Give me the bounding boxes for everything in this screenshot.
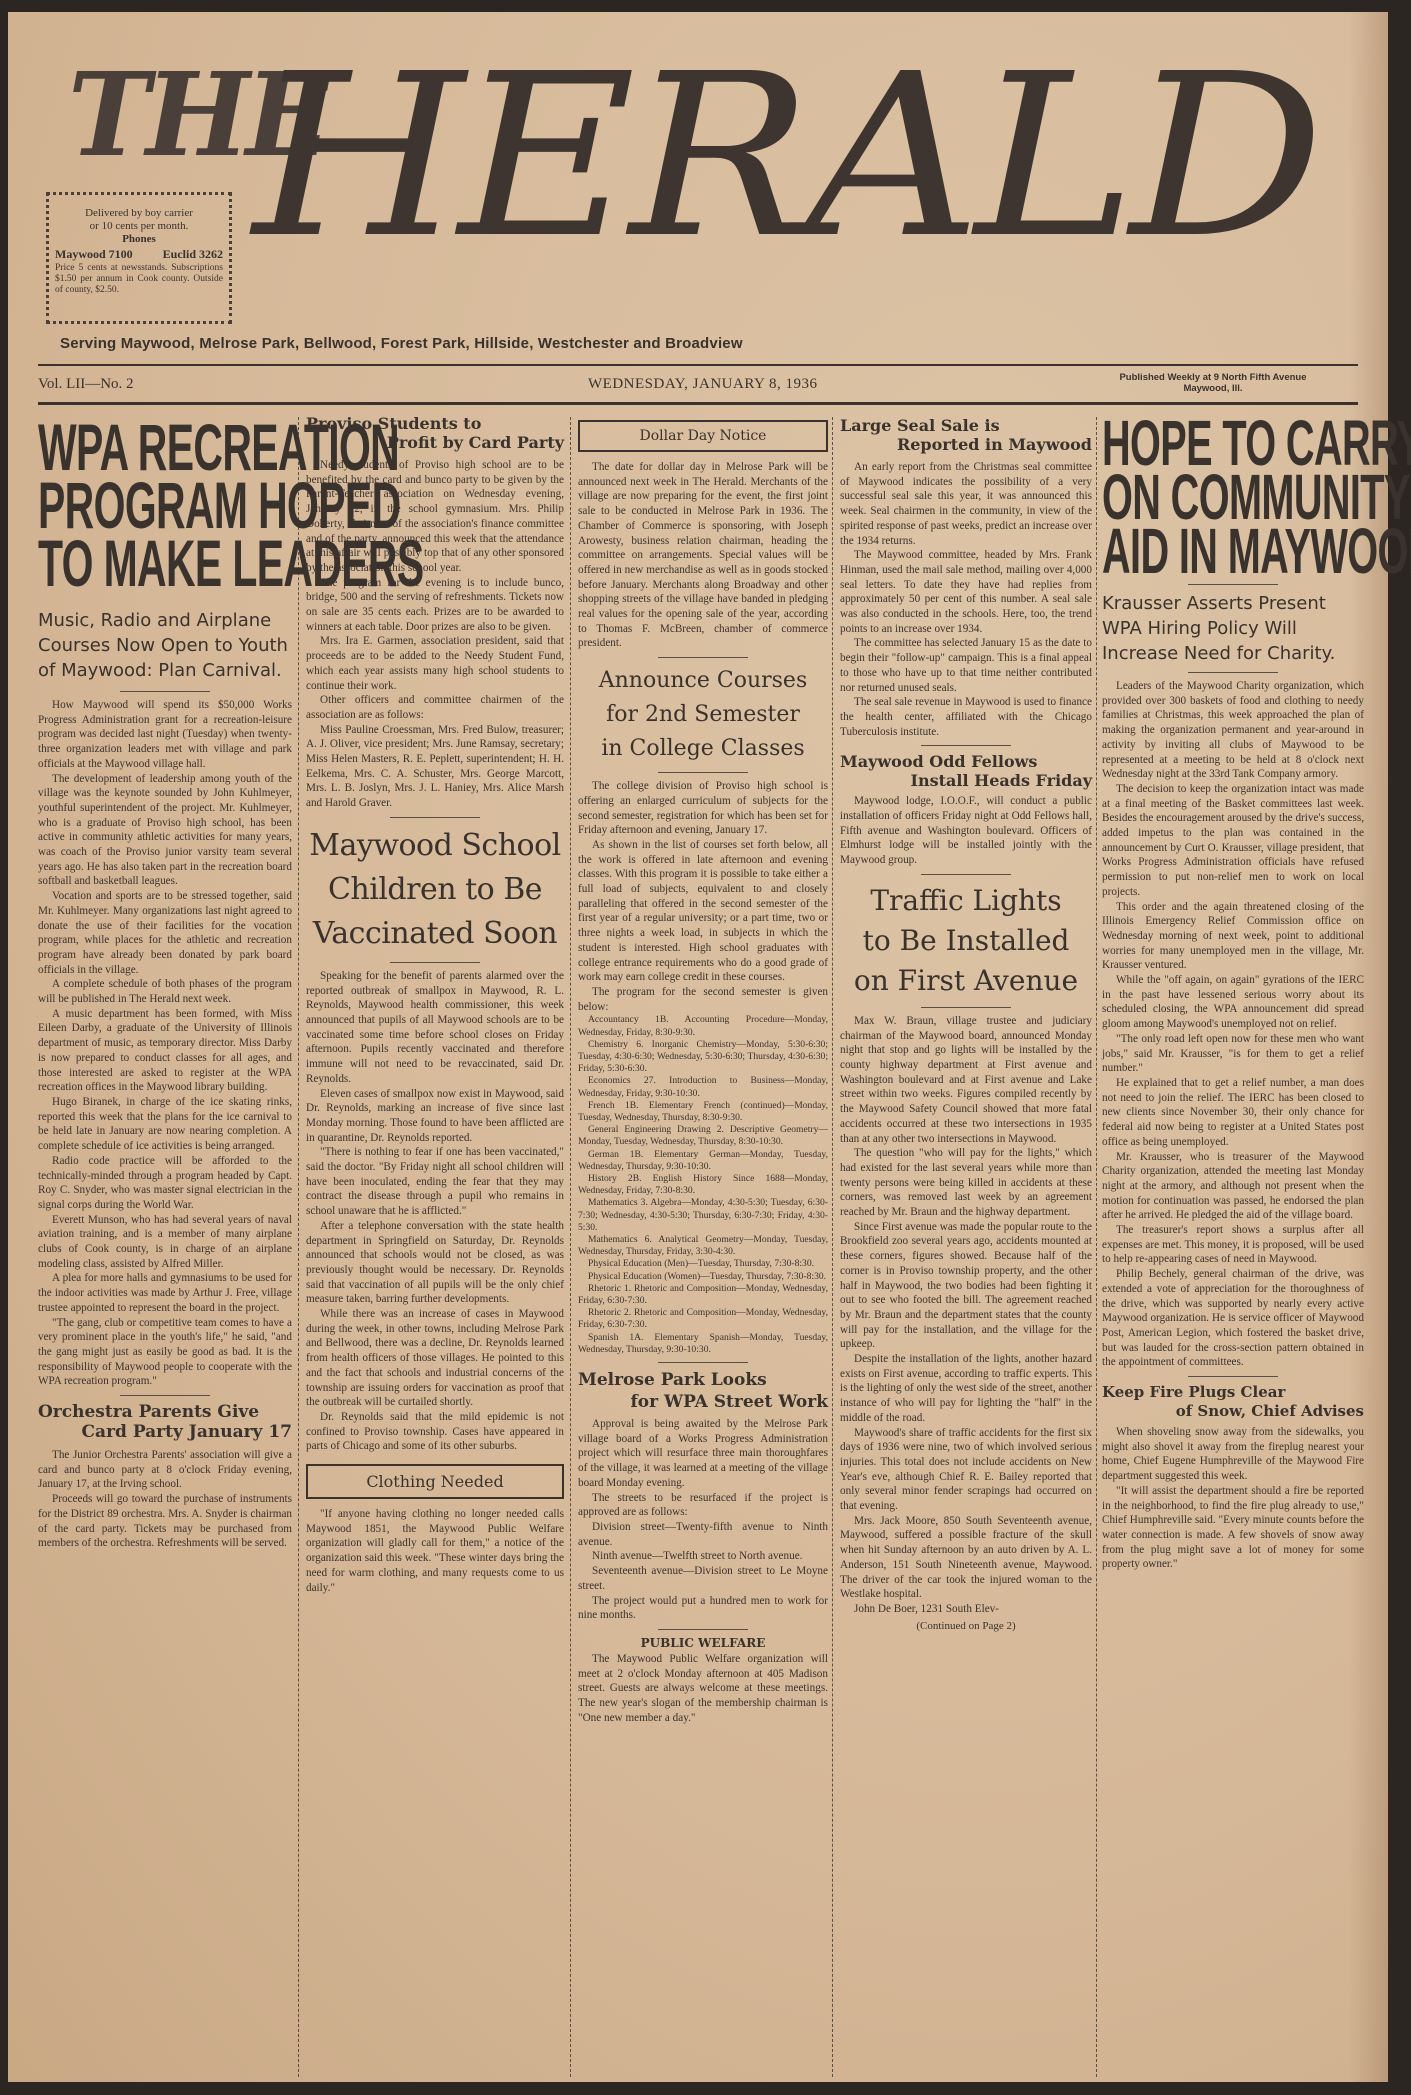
paragraph: "There is nothing to fear if one has bee… <box>306 1145 564 1219</box>
traffic-lights-body: Max W. Braun, village trustee and judici… <box>840 1014 1092 1617</box>
paragraph: "If anyone having clothing no longer nee… <box>306 1507 564 1595</box>
dollar-day-body: The date for dollar day in Melrose Park … <box>578 460 828 651</box>
public-welfare-body: The Maywood Public Welfare organization … <box>578 1652 828 1726</box>
paragraph: When shoveling snow away from the sidewa… <box>1102 1425 1364 1484</box>
continued-note: (Continued on Page 2) <box>840 1619 1092 1634</box>
paragraph: Max W. Braun, village trustee and judici… <box>840 1014 1092 1146</box>
column-1: WPA RECREATION PROGRAM HOPED TO MAKE LEA… <box>38 412 292 1551</box>
paragraph: Physical Education (Women)—Tuesday, Thur… <box>578 1271 828 1283</box>
phone-euclid: Euclid 3262 <box>163 248 223 261</box>
paragraph: Mrs. Jack Moore, 850 South Seventeenth a… <box>840 1514 1092 1602</box>
paragraph: A plea for more halls and gymnasiums to … <box>38 1271 292 1315</box>
paragraph: Mrs. Ira E. Garmen, association presiden… <box>306 634 564 693</box>
wpa-recreation-body: How Maywood will spend its $50,000 Works… <box>38 698 292 1389</box>
separator <box>921 1007 1011 1008</box>
paragraph: Radio code practice will be afforded to … <box>38 1154 292 1213</box>
paragraph: Everett Munson, who has had several year… <box>38 1213 292 1272</box>
masthead-title: HERALD <box>253 42 1318 272</box>
column-divider <box>1096 417 1097 2077</box>
proviso-headline: Proviso Students to Profit by Card Party <box>306 414 564 452</box>
paragraph: Maywood's share of traffic accidents for… <box>840 1426 1092 1514</box>
paragraph: Seventeenth avenue—Division street to Le… <box>578 1564 828 1593</box>
separator <box>658 1362 748 1363</box>
column-3: Dollar Day Notice The date for dollar da… <box>578 412 828 1725</box>
paragraph: The Junior Orchestra Parents' associatio… <box>38 1448 292 1492</box>
courses-body: The college division of Proviso high sch… <box>578 779 828 1014</box>
community-aid-deck: Krausser Asserts Present WPA Hiring Poli… <box>1102 591 1364 666</box>
community-aid-headline: HOPE TO CARRY ON COMMUNITY AID IN MAYWOO… <box>1102 412 1364 578</box>
paragraph: Despite the installation of the lights, … <box>840 1352 1092 1426</box>
paragraph: A complete schedule of both phases of th… <box>38 977 292 1006</box>
odd-fellows-body: Maywood lodge, I.O.O.F., will conduct a … <box>840 794 1092 868</box>
paragraph: An early report from the Christmas seal … <box>840 460 1092 548</box>
dollar-day-headline: Dollar Day Notice <box>578 420 828 452</box>
column-2: Proviso Students to Profit by Card Party… <box>306 412 564 1595</box>
paragraph: Maywood lodge, I.O.O.F., will conduct a … <box>840 794 1092 868</box>
delivery-line-1: Delivered by boy carrier <box>55 207 223 220</box>
seal-sale-headline: Large Seal Sale is Reported in Maywood <box>840 416 1092 454</box>
public-welfare-headline: PUBLIC WELFARE <box>578 1636 828 1650</box>
paragraph: While the "off again, on again" gyration… <box>1102 973 1364 1032</box>
paragraph: History 2B. English History Since 1688—M… <box>578 1173 828 1197</box>
phone-maywood: Maywood 7100 <box>55 248 133 261</box>
column-divider <box>298 417 299 2077</box>
paragraph: The Maywood committee, headed by Mrs. Fr… <box>840 548 1092 636</box>
paragraph: The project would put a hundred men to w… <box>578 1594 828 1623</box>
price-info: Price 5 cents at newsstands. Subscriptio… <box>55 263 223 296</box>
paragraph: "It will assist the department should a … <box>1102 1484 1364 1572</box>
paragraph: Economics 27. Introduction to Business—M… <box>578 1075 828 1099</box>
separator <box>390 962 480 963</box>
paragraph: After a telephone conversation with the … <box>306 1219 564 1307</box>
paragraph: Proceeds will go toward the purchase of … <box>38 1492 292 1551</box>
separator <box>921 745 1011 746</box>
orchestra-headline: Orchestra Parents Give Card Party Januar… <box>38 1402 292 1442</box>
paragraph: How Maywood will spend its $50,000 Works… <box>38 698 292 772</box>
paragraph: Division street—Twenty-fifth avenue to N… <box>578 1520 828 1549</box>
separator <box>390 817 480 818</box>
fire-plugs-headline: Keep Fire Plugs Clear of Snow, Chief Adv… <box>1102 1383 1364 1421</box>
course-list: Accountancy 1B. Accounting Procedure—Mon… <box>578 1014 828 1356</box>
column-5: HOPE TO CARRY ON COMMUNITY AID IN MAYWOO… <box>1102 412 1364 1572</box>
paragraph: Hugo Biranek, in charge of the ice skati… <box>38 1095 292 1154</box>
column-divider <box>570 417 571 2077</box>
column-divider <box>832 417 833 2077</box>
delivery-line-2: or 10 cents per month. <box>55 220 223 233</box>
paragraph: The Maywood Public Welfare organization … <box>578 1652 828 1726</box>
vaccination-headline: Maywood School Children to Be Vaccinated… <box>306 824 564 956</box>
newspaper-page: THE HERALD Delivered by boy carrier or 1… <box>8 12 1388 2082</box>
odd-fellows-headline: Maywood Odd Fellows Install Heads Friday <box>840 752 1092 790</box>
paragraph: Needy students of Proviso high school ar… <box>306 458 564 576</box>
column-4: Large Seal Sale is Reported in Maywood A… <box>840 412 1092 1635</box>
paragraph: John De Boer, 1231 South Elev- <box>840 1602 1092 1617</box>
paragraph: Since First avenue was made the popular … <box>840 1220 1092 1352</box>
melrose-body: Approval is being awaited by the Melrose… <box>578 1417 828 1623</box>
paragraph: The program for the evening is to includ… <box>306 576 564 635</box>
orchestra-body: The Junior Orchestra Parents' associatio… <box>38 1448 292 1551</box>
paragraph: Other officers and committee chairmen of… <box>306 693 564 722</box>
wpa-recreation-deck: Music, Radio and Airplane Courses Now Op… <box>38 608 292 683</box>
paragraph: The seal sale revenue in Maywood is used… <box>840 695 1092 739</box>
seal-sale-body: An early report from the Christmas seal … <box>840 460 1092 739</box>
separator <box>1188 672 1278 673</box>
subscription-box: Delivered by boy carrier or 10 cents per… <box>46 192 232 324</box>
paragraph: The program for the second semester is g… <box>578 985 828 1014</box>
paragraph: Physical Education (Men)—Tuesday, Thursd… <box>578 1258 828 1270</box>
paragraph: Philip Bechely, general chairman of the … <box>1102 1267 1364 1370</box>
separator <box>658 1629 748 1630</box>
issue-date: WEDNESDAY, JANUARY 8, 1936 <box>588 376 818 393</box>
paragraph: Rhetoric 2. Rhetoric and Composition—Mon… <box>578 1307 828 1331</box>
paragraph: A music department has been formed, with… <box>38 1007 292 1095</box>
separator <box>658 772 748 773</box>
published-address: Published Weekly at 9 North Fifth Avenue <box>1048 372 1378 383</box>
paragraph: French 1B. Elementary French (continued)… <box>578 1100 828 1124</box>
paragraph: Miss Pauline Croessman, Mrs. Fred Bulow,… <box>306 723 564 811</box>
paragraph: "The gang, club or competitive team come… <box>38 1316 292 1390</box>
paragraph: Chemistry 6. Inorganic Chemistry—Monday,… <box>578 1039 828 1076</box>
courses-headline: Announce Courses for 2nd Semester in Col… <box>578 664 828 766</box>
separator <box>120 691 210 692</box>
paragraph: The committee has selected January 15 as… <box>840 636 1092 695</box>
paragraph: The treasurer's report shows a surplus a… <box>1102 1223 1364 1267</box>
paragraph: Dr. Reynolds said that the mild epidemic… <box>306 1410 564 1454</box>
paragraph: This order and the again threatened clos… <box>1102 900 1364 974</box>
paragraph: General Engineering Drawing 2. Descripti… <box>578 1124 828 1148</box>
rule-top <box>38 364 1358 366</box>
rule-bottom <box>38 402 1358 405</box>
paragraph: Ninth avenue—Twelfth street to North ave… <box>578 1549 828 1564</box>
serving-line: Serving Maywood, Melrose Park, Bellwood,… <box>60 335 743 352</box>
separator <box>921 874 1011 875</box>
paragraph: As shown in the list of courses set fort… <box>578 838 828 985</box>
vaccination-body: Speaking for the benefit of parents alar… <box>306 969 564 1454</box>
paragraph: The decision to keep the organization in… <box>1102 782 1364 900</box>
paragraph: The question "who will pay for the light… <box>840 1146 1092 1220</box>
proviso-body: Needy students of Proviso high school ar… <box>306 458 564 811</box>
paragraph: Accountancy 1B. Accounting Procedure—Mon… <box>578 1014 828 1038</box>
volume-number: Vol. LII—No. 2 <box>38 376 134 393</box>
separator <box>658 657 748 658</box>
paragraph: Mathematics 6. Analytical Geometry—Monda… <box>578 1234 828 1258</box>
paragraph: The college division of Proviso high sch… <box>578 779 828 838</box>
clothing-needed-body: "If anyone having clothing no longer nee… <box>306 1507 564 1595</box>
melrose-headline: Melrose Park Looks for WPA Street Work <box>578 1369 828 1413</box>
paragraph: Rhetoric 1. Rhetoric and Composition—Mon… <box>578 1283 828 1307</box>
paragraph: Vocation and sports are to be stressed t… <box>38 889 292 977</box>
paragraph: The date for dollar day in Melrose Park … <box>578 460 828 651</box>
community-aid-body: Leaders of the Maywood Charity organizat… <box>1102 679 1364 1370</box>
paragraph: Spanish 1A. Elementary Spanish—Monday, T… <box>578 1332 828 1356</box>
paragraph: Leaders of the Maywood Charity organizat… <box>1102 679 1364 782</box>
paragraph: While there was an increase of cases in … <box>306 1307 564 1410</box>
publication-info: Published Weekly at 9 North Fifth Avenue… <box>1048 372 1378 394</box>
paragraph: Mr. Krausser, who is treasurer of the Ma… <box>1102 1150 1364 1224</box>
phones-label: Phones <box>55 233 223 246</box>
paragraph: He explained that to get a relief number… <box>1102 1076 1364 1150</box>
paragraph: Mathematics 3. Algebra—Monday, 4:30-5:30… <box>578 1197 828 1234</box>
paragraph: Approval is being awaited by the Melrose… <box>578 1417 828 1491</box>
separator <box>120 1395 210 1396</box>
separator <box>1188 1376 1278 1377</box>
paragraph: German 1B. Elementary German—Monday, Tue… <box>578 1149 828 1173</box>
clothing-needed-headline: Clothing Needed <box>306 1464 564 1499</box>
fire-plugs-body: When shoveling snow away from the sidewa… <box>1102 1425 1364 1572</box>
paragraph: Eleven cases of smallpox now exist in Ma… <box>306 1087 564 1146</box>
paragraph: The development of leadership among yout… <box>38 772 292 890</box>
traffic-lights-headline: Traffic Lights to Be Installed on First … <box>840 881 1092 1001</box>
paragraph: The streets to be resurfaced if the proj… <box>578 1491 828 1520</box>
wpa-recreation-headline: WPA RECREATION PROGRAM HOPED TO MAKE LEA… <box>38 412 292 592</box>
paragraph: "The only road left open now for these m… <box>1102 1032 1364 1076</box>
published-city: Maywood, Ill. <box>1048 383 1378 394</box>
paragraph: Speaking for the benefit of parents alar… <box>306 969 564 1087</box>
